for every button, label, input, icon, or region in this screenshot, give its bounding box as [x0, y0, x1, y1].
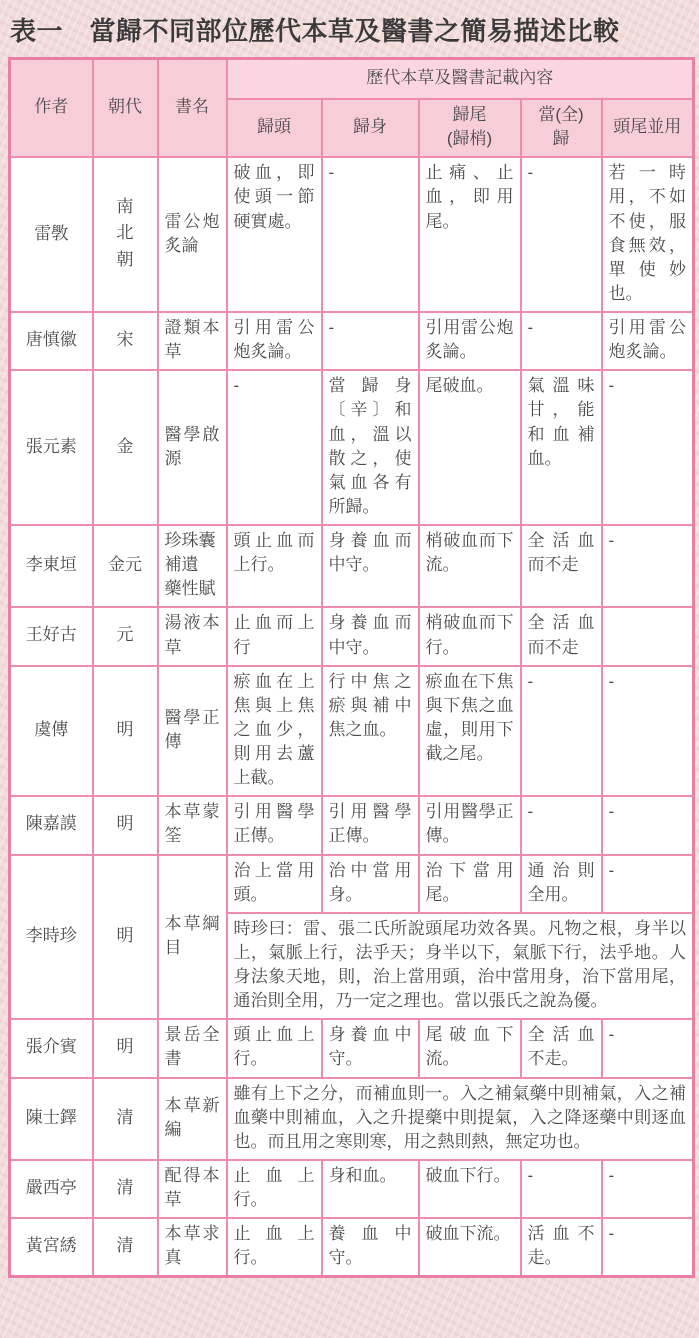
cell-whole: 通治則全用。: [521, 855, 602, 913]
cell-head: 頭止血而上行。: [227, 525, 322, 607]
cell-dynasty: 宋: [93, 312, 158, 370]
cell-tail: 治下當用尾。: [419, 855, 521, 913]
cell-head: 引用醫學正傳。: [227, 796, 322, 854]
header-content-group: 歷代本草及醫書記載內容: [227, 59, 694, 100]
header-col-head: 歸頭: [227, 99, 322, 157]
header-col-both: 頭尾並用: [602, 99, 694, 157]
header-book: 書名: [158, 59, 227, 158]
cell-author: 黃宮綉: [10, 1218, 93, 1277]
cell-head: 破血，即使頭一節硬實處。: [227, 157, 322, 312]
cell-book: 醫學啟源: [158, 370, 227, 525]
cell-book: 珍珠囊 補遺 藥性賦: [158, 525, 227, 607]
cell-book: 醫學正傳: [158, 666, 227, 797]
cell-dynasty: 金元: [93, 525, 158, 607]
cell-both: -: [602, 370, 694, 525]
cell-both: -: [602, 666, 694, 797]
cell-body: 身養血中守。: [322, 1019, 419, 1077]
table-row: 張元素 金 醫學啟源 - 當歸身〔辛〕和血，溫以散之，使氣血各有所歸。 尾破血。…: [10, 370, 694, 525]
table-row: 李東垣 金元 珍珠囊 補遺 藥性賦 頭止血而上行。 身養血而中守。 梢破血而下流…: [10, 525, 694, 607]
cell-head: 治上當用頭。: [227, 855, 322, 913]
cell-author: 李時珍: [10, 855, 93, 1020]
cell-body: 當歸身〔辛〕和血，溫以散之，使氣血各有所歸。: [322, 370, 419, 525]
cell-whole: -: [521, 1160, 602, 1218]
cell-tail: 破血下行。: [419, 1160, 521, 1218]
cell-body: 行中焦之瘀與補中焦之血。: [322, 666, 419, 797]
cell-whole: -: [521, 312, 602, 370]
page-title: 表一 當歸不同部位歷代本草及醫書之簡易描述比較: [10, 11, 693, 48]
cell-head: 止血上行。: [227, 1218, 322, 1277]
cell-dynasty: 金: [93, 370, 158, 525]
cell-dynasty: 明: [93, 796, 158, 854]
cell-tail: 梢破血而下流。: [419, 525, 521, 607]
cell-whole: 活血不走。: [521, 1218, 602, 1277]
table-row: 唐慎徽 宋 證類本草 引用雷公炮炙論。 - 引用雷公炮炙論。 - 引用雷公炮炙論…: [10, 312, 694, 370]
cell-body: 身和血。: [322, 1160, 419, 1218]
cell-author: 張介賓: [10, 1019, 93, 1077]
table-row: 張介賓 明 景岳全書 頭止血上行。 身養血中守。 尾破血下流。 全活血不走。 -: [10, 1019, 694, 1077]
cell-head: 頭止血上行。: [227, 1019, 322, 1077]
cell-tail: 梢破血而下行。: [419, 607, 521, 665]
cell-whole: -: [521, 666, 602, 797]
cell-author: 唐慎徽: [10, 312, 93, 370]
cell-both: -: [602, 1218, 694, 1277]
cell-whole: 全活血而不走: [521, 607, 602, 665]
cell-book: 本草綱目: [158, 855, 227, 1020]
header-col-whole: 當(全) 歸: [521, 99, 602, 157]
cell-dynasty: 清: [93, 1078, 158, 1160]
table-row: 虞傳 明 醫學正傳 瘀血在上焦與上焦之血少，則用去蘆上截。 行中焦之瘀與補中焦之…: [10, 666, 694, 797]
cell-body: 身養血而中守。: [322, 607, 419, 665]
cell-tail: 尾破血。: [419, 370, 521, 525]
cell-tail: 尾破血下流。: [419, 1019, 521, 1077]
cell-author: 李東垣: [10, 525, 93, 607]
cell-both: -: [602, 1019, 694, 1077]
cell-tail: 引用雷公炮炙論。: [419, 312, 521, 370]
comparison-table: 作者 朝代 書名 歷代本草及醫書記載內容 歸頭 歸身 歸尾 (歸梢) 當(全) …: [8, 57, 695, 1278]
cell-whole: 全活血而不走: [521, 525, 602, 607]
cell-author: 王好古: [10, 607, 93, 665]
table-row: 嚴西亭 清 配得本草 止血上行。 身和血。 破血下行。 - -: [10, 1160, 694, 1218]
cell-tail: 止痛、止血，即用尾。: [419, 157, 521, 312]
cell-book: 本草新編: [158, 1078, 227, 1160]
cell-body: 身養血而中守。: [322, 525, 419, 607]
table-row: 雷斆 南北朝 雷公炮炙論 破血，即使頭一節硬實處。 - 止痛、止血，即用尾。 -…: [10, 157, 694, 312]
cell-dynasty: 明: [93, 666, 158, 797]
cell-book: 雷公炮炙論: [158, 157, 227, 312]
cell-head: -: [227, 370, 322, 525]
cell-whole: 氣溫味甘，能和血補血。: [521, 370, 602, 525]
cell-note: 時珍曰：雷、張二氏所說頭尾功效各異。凡物之根，身半以上，氣脈上行，法乎天；身半以…: [227, 913, 694, 1020]
cell-body: 治中當用身。: [322, 855, 419, 913]
cell-body: -: [322, 312, 419, 370]
table-row: 李時珍 明 本草綱目 治上當用頭。 治中當用身。 治下當用尾。 通治則全用。 -: [10, 855, 694, 913]
cell-both: 引用雷公炮炙論。: [602, 312, 694, 370]
header-col-tail: 歸尾 (歸梢): [419, 99, 521, 157]
cell-body: -: [322, 157, 419, 312]
cell-book: 配得本草: [158, 1160, 227, 1218]
cell-dynasty: 明: [93, 855, 158, 1020]
cell-author: 雷斆: [10, 157, 93, 312]
cell-head: 引用雷公炮炙論。: [227, 312, 322, 370]
header-dynasty: 朝代: [93, 59, 158, 158]
table-row: 黃宮綉 清 本草求真 止血上行。 養血中守。 破血下流。 活血不走。 -: [10, 1218, 694, 1277]
cell-book: 本草求真: [158, 1218, 227, 1277]
cell-book: 證類本草: [158, 312, 227, 370]
cell-author: 虞傳: [10, 666, 93, 797]
cell-tail: 破血下流。: [419, 1218, 521, 1277]
cell-both: 若一時用，不如不使，服食無效，單使妙也。: [602, 157, 694, 312]
table-row: 陳士鐸 清 本草新編 雖有上下之分，而補血則一。入之補氣藥中則補氣，入之補血藥中…: [10, 1078, 694, 1160]
cell-author: 陳嘉謨: [10, 796, 93, 854]
cell-both: -: [602, 1160, 694, 1218]
cell-author: 嚴西亭: [10, 1160, 93, 1218]
cell-whole: -: [521, 796, 602, 854]
header-author: 作者: [10, 59, 93, 158]
cell-book: 景岳全書: [158, 1019, 227, 1077]
cell-book: 湯液本草: [158, 607, 227, 665]
cell-body: 引用醫學正傳。: [322, 796, 419, 854]
cell-dynasty: 南北朝: [93, 157, 158, 312]
dynasty-text: 南北朝: [116, 194, 134, 273]
cell-both: -: [602, 855, 694, 913]
table-row: 王好古 元 湯液本草 止血而上行 身養血而中守。 梢破血而下行。 全活血而不走: [10, 607, 694, 665]
cell-whole: -: [521, 157, 602, 312]
header-row-group: 作者 朝代 書名 歷代本草及醫書記載內容: [10, 59, 694, 100]
cell-tail: 引用醫學正傳。: [419, 796, 521, 854]
cell-head: 瘀血在上焦與上焦之血少，則用去蘆上截。: [227, 666, 322, 797]
header-col-body: 歸身: [322, 99, 419, 157]
cell-author: 張元素: [10, 370, 93, 525]
cell-dynasty: 明: [93, 1019, 158, 1077]
cell-dynasty: 清: [93, 1218, 158, 1277]
cell-both: -: [602, 525, 694, 607]
cell-merged: 雖有上下之分，而補血則一。入之補氣藥中則補氣，入之補血藥中則補血，入之升提藥中則…: [227, 1078, 694, 1160]
cell-both: -: [602, 796, 694, 854]
cell-head: 止血而上行: [227, 607, 322, 665]
cell-dynasty: 元: [93, 607, 158, 665]
cell-whole: 全活血不走。: [521, 1019, 602, 1077]
cell-author: 陳士鐸: [10, 1078, 93, 1160]
cell-both: [602, 607, 694, 665]
cell-dynasty: 清: [93, 1160, 158, 1218]
table-row: 陳嘉謨 明 本草蒙筌 引用醫學正傳。 引用醫學正傳。 引用醫學正傳。 - -: [10, 796, 694, 854]
cell-book: 本草蒙筌: [158, 796, 227, 854]
cell-head: 止血上行。: [227, 1160, 322, 1218]
cell-body: 養血中守。: [322, 1218, 419, 1277]
cell-tail: 瘀血在下焦與下焦之血虛，則用下截之尾。: [419, 666, 521, 797]
